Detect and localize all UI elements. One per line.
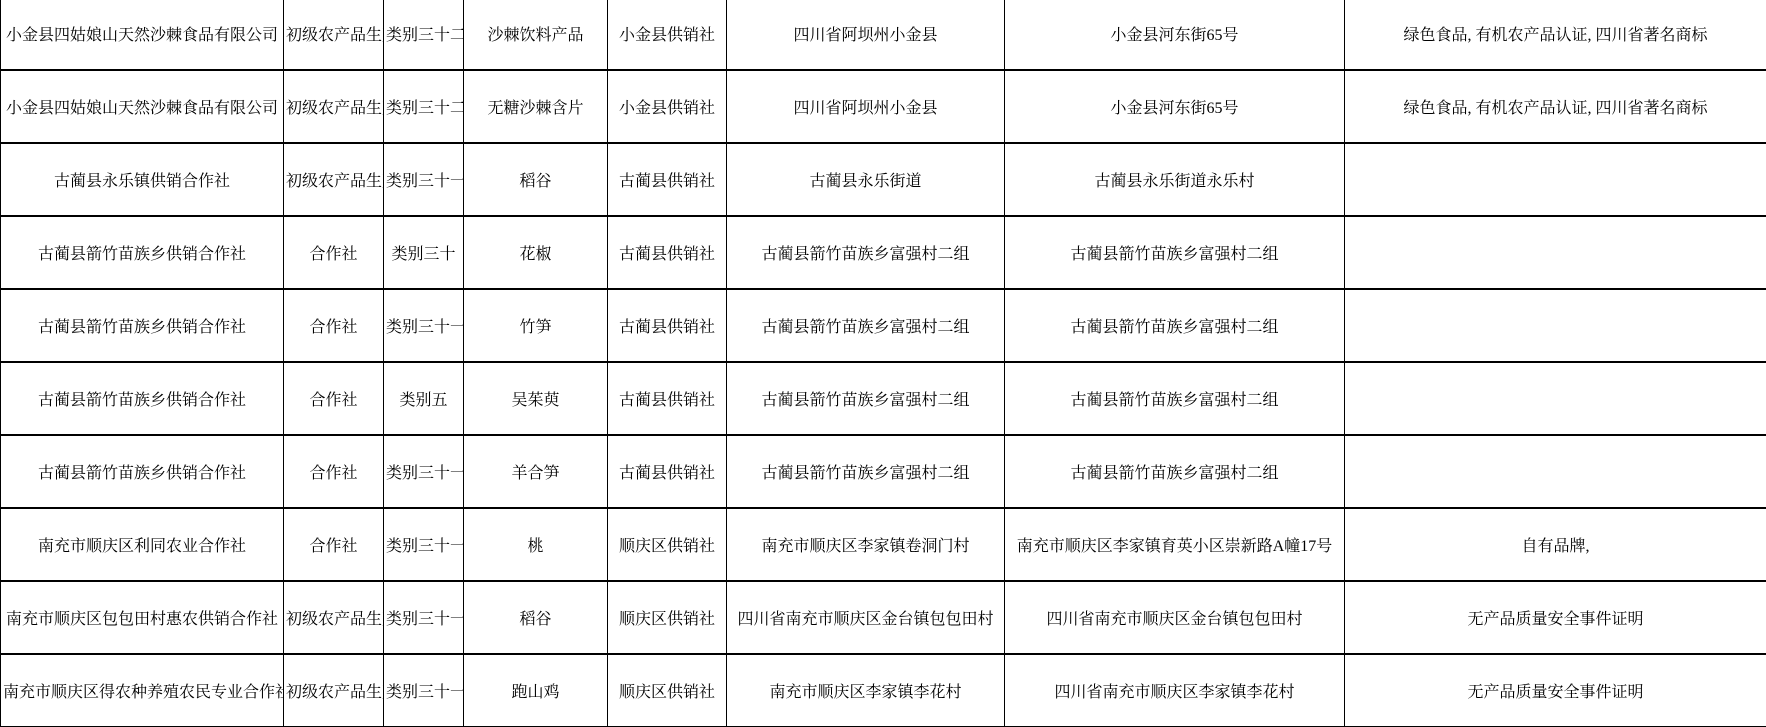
cell-address: 南充市顺庆区李家镇卷洞门村 [727, 508, 1005, 581]
table-row: 小金县四姑娘山天然沙棘食品有限公司 初级农产品生产 类别三十二 沙棘饮料产品 小… [1, 0, 1766, 70]
cell-product: 花椒 [464, 216, 608, 289]
table-row: 古蔺县箭竹苗族乡供销合作社 合作社 类别五 吴茱萸 古蔺县供销社 古蔺县箭竹苗族… [1, 362, 1766, 435]
cell-registered-address: 四川省南充市顺庆区金台镇包包田村 [1005, 581, 1345, 654]
cell-company: 古蔺县箭竹苗族乡供销合作社 [1, 362, 284, 435]
cell-notes [1345, 216, 1766, 289]
cell-notes: 无产品质量安全事件证明 [1345, 654, 1766, 727]
cell-product: 稻谷 [464, 143, 608, 216]
cell-company: 古蔺县箭竹苗族乡供销合作社 [1, 289, 284, 362]
cell-category: 类别三十一 [384, 435, 464, 508]
cell-category: 类别三十一 [384, 654, 464, 727]
cell-type: 初级农产品生产 [284, 581, 384, 654]
cell-category: 类别三十一 [384, 508, 464, 581]
cell-company: 南充市顺庆区利同农业合作社 [1, 508, 284, 581]
cell-product: 羊合笋 [464, 435, 608, 508]
cell-company: 南充市顺庆区得农种养殖农民专业合作社 [1, 654, 284, 727]
cell-address: 四川省阿坝州小金县 [727, 0, 1005, 70]
cell-notes [1345, 435, 1766, 508]
cell-cooperative: 小金县供销社 [608, 0, 727, 70]
cell-cooperative: 顺庆区供销社 [608, 508, 727, 581]
table-row: 南充市顺庆区得农种养殖农民专业合作社 初级农产品生产 类别三十一 跑山鸡 顺庆区… [1, 654, 1766, 727]
cell-registered-address: 小金县河东街65号 [1005, 0, 1345, 70]
cell-address: 四川省阿坝州小金县 [727, 70, 1005, 143]
cell-category: 类别三十二 [384, 70, 464, 143]
cell-registered-address: 小金县河东街65号 [1005, 70, 1345, 143]
cell-registered-address: 四川省南充市顺庆区李家镇李花村 [1005, 654, 1345, 727]
cell-product: 吴茱萸 [464, 362, 608, 435]
cell-cooperative: 顺庆区供销社 [608, 581, 727, 654]
cell-type: 合作社 [284, 216, 384, 289]
cell-cooperative: 古蔺县供销社 [608, 362, 727, 435]
cell-type: 合作社 [284, 435, 384, 508]
cell-company: 古蔺县箭竹苗族乡供销合作社 [1, 216, 284, 289]
cell-category: 类别三十一 [384, 289, 464, 362]
cell-address: 四川省南充市顺庆区金台镇包包田村 [727, 581, 1005, 654]
cell-notes [1345, 289, 1766, 362]
cell-product: 跑山鸡 [464, 654, 608, 727]
cell-type: 合作社 [284, 289, 384, 362]
cell-notes: 无产品质量安全事件证明 [1345, 581, 1766, 654]
table-row: 南充市顺庆区包包田村惠农供销合作社 初级农产品生产 类别三十一 稻谷 顺庆区供销… [1, 581, 1766, 654]
products-table: 小金县四姑娘山天然沙棘食品有限公司 初级农产品生产 类别三十二 沙棘饮料产品 小… [0, 0, 1766, 727]
cell-notes: 绿色食品, 有机农产品认证, 四川省著名商标 [1345, 0, 1766, 70]
cell-category: 类别三十二 [384, 0, 464, 70]
cell-type: 初级农产品生产 [284, 654, 384, 727]
table-row: 古蔺县永乐镇供销合作社 初级农产品生产 类别三十一 稻谷 古蔺县供销社 古蔺县永… [1, 143, 1766, 216]
table-row: 小金县四姑娘山天然沙棘食品有限公司 初级农产品生产 类别三十二 无糖沙棘含片 小… [1, 70, 1766, 143]
cell-type: 合作社 [284, 508, 384, 581]
table-body: 小金县四姑娘山天然沙棘食品有限公司 初级农产品生产 类别三十二 沙棘饮料产品 小… [1, 0, 1766, 727]
cell-category: 类别三十一 [384, 581, 464, 654]
cell-notes [1345, 143, 1766, 216]
cell-type: 合作社 [284, 362, 384, 435]
cell-category: 类别三十 [384, 216, 464, 289]
cell-cooperative: 古蔺县供销社 [608, 435, 727, 508]
cell-company: 小金县四姑娘山天然沙棘食品有限公司 [1, 0, 284, 70]
cell-cooperative: 古蔺县供销社 [608, 143, 727, 216]
cell-address: 古蔺县永乐街道 [727, 143, 1005, 216]
table-row: 古蔺县箭竹苗族乡供销合作社 合作社 类别三十一 竹笋 古蔺县供销社 古蔺县箭竹苗… [1, 289, 1766, 362]
cell-registered-address: 古蔺县箭竹苗族乡富强村二组 [1005, 435, 1345, 508]
cell-registered-address: 古蔺县箭竹苗族乡富强村二组 [1005, 289, 1345, 362]
cell-product: 沙棘饮料产品 [464, 0, 608, 70]
table-viewport: 小金县四姑娘山天然沙棘食品有限公司 初级农产品生产 类别三十二 沙棘饮料产品 小… [0, 0, 1766, 727]
cell-address: 古蔺县箭竹苗族乡富强村二组 [727, 362, 1005, 435]
cell-address: 古蔺县箭竹苗族乡富强村二组 [727, 216, 1005, 289]
cell-cooperative: 古蔺县供销社 [608, 289, 727, 362]
cell-category: 类别五 [384, 362, 464, 435]
cell-cooperative: 小金县供销社 [608, 70, 727, 143]
cell-registered-address: 古蔺县永乐街道永乐村 [1005, 143, 1345, 216]
cell-address: 南充市顺庆区李家镇李花村 [727, 654, 1005, 727]
table-row: 古蔺县箭竹苗族乡供销合作社 合作社 类别三十一 羊合笋 古蔺县供销社 古蔺县箭竹… [1, 435, 1766, 508]
cell-product: 竹笋 [464, 289, 608, 362]
cell-address: 古蔺县箭竹苗族乡富强村二组 [727, 435, 1005, 508]
cell-notes: 绿色食品, 有机农产品认证, 四川省著名商标 [1345, 70, 1766, 143]
cell-product: 无糖沙棘含片 [464, 70, 608, 143]
cell-notes: 自有品牌, [1345, 508, 1766, 581]
cell-company: 南充市顺庆区包包田村惠农供销合作社 [1, 581, 284, 654]
cell-type: 初级农产品生产 [284, 70, 384, 143]
cell-company: 小金县四姑娘山天然沙棘食品有限公司 [1, 70, 284, 143]
cell-type: 初级农产品生产 [284, 143, 384, 216]
cell-address: 古蔺县箭竹苗族乡富强村二组 [727, 289, 1005, 362]
cell-notes [1345, 362, 1766, 435]
cell-category: 类别三十一 [384, 143, 464, 216]
cell-registered-address: 南充市顺庆区李家镇育英小区崇新路A幢17号 [1005, 508, 1345, 581]
cell-product: 稻谷 [464, 581, 608, 654]
cell-company: 古蔺县永乐镇供销合作社 [1, 143, 284, 216]
cell-product: 桃 [464, 508, 608, 581]
cell-company: 古蔺县箭竹苗族乡供销合作社 [1, 435, 284, 508]
cell-cooperative: 古蔺县供销社 [608, 216, 727, 289]
cell-registered-address: 古蔺县箭竹苗族乡富强村二组 [1005, 362, 1345, 435]
table-row: 古蔺县箭竹苗族乡供销合作社 合作社 类别三十 花椒 古蔺县供销社 古蔺县箭竹苗族… [1, 216, 1766, 289]
cell-type: 初级农产品生产 [284, 0, 384, 70]
cell-cooperative: 顺庆区供销社 [608, 654, 727, 727]
table-row: 南充市顺庆区利同农业合作社 合作社 类别三十一 桃 顺庆区供销社 南充市顺庆区李… [1, 508, 1766, 581]
cell-registered-address: 古蔺县箭竹苗族乡富强村二组 [1005, 216, 1345, 289]
